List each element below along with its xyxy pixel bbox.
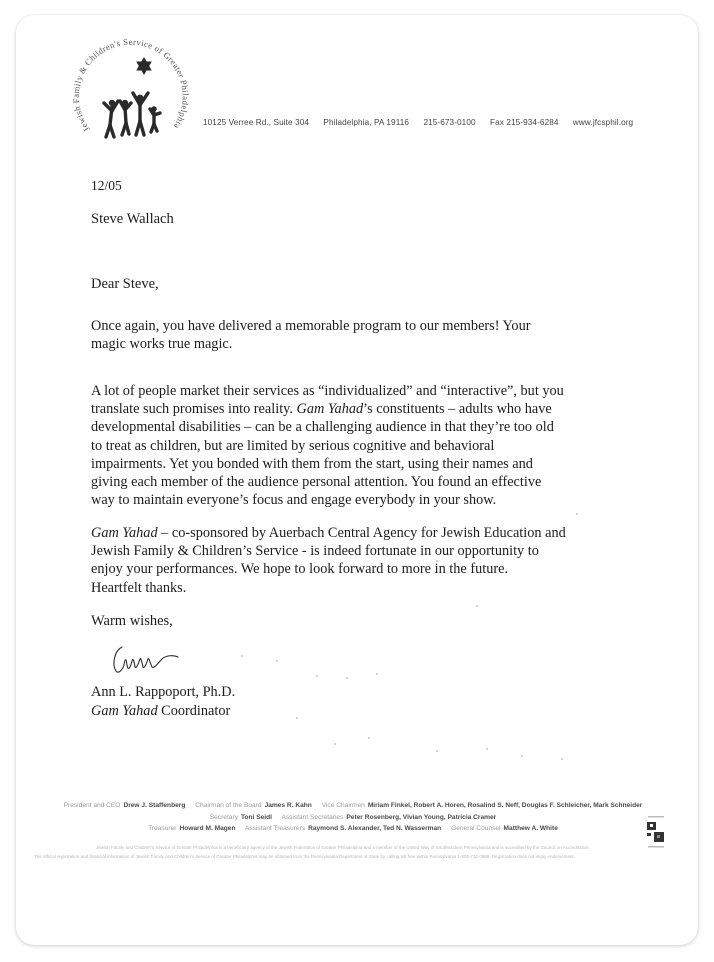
program-name: Gam Yahad [297, 401, 364, 417]
logo-ring-text: Jewish Family & Children's Service of Gr… [71, 37, 191, 134]
letterhead-address: 10125 Verree Rd., Suite 304 [203, 118, 309, 127]
letter-page: Jewish Family & Children's Service of Gr… [16, 15, 698, 945]
letterhead-city: Philadelphia, PA 19116 [323, 118, 409, 127]
signature-icon [108, 643, 198, 677]
letterhead-fax: Fax 215-934-6284 [490, 118, 559, 127]
signer-title: Gam Yahad Coordinator [91, 703, 230, 720]
paragraph-line: translate such promises into reality. Ga… [91, 400, 651, 418]
letter-salutation: Dear Steve, [91, 276, 159, 293]
paragraph-line: Once again, you have delivered a memorab… [91, 317, 651, 335]
footer-fineprint: Jewish Family and Children's Service of … [96, 845, 656, 850]
signer-name: Ann L. Rappoport, Ph.D. [91, 684, 235, 701]
paragraph-line: enjoy your performances. We hope to look… [91, 560, 651, 578]
paragraph-line: Gam Yahad – co-sponsored by Auerbach Cen… [91, 524, 651, 542]
footer-row: SecretaryToni Seidl Assistant Secretarie… [16, 812, 698, 824]
letter-date: 12/05 [91, 178, 122, 194]
footer-fineprint: The official registration and financial … [34, 854, 654, 859]
letter-closing: Warm wishes, [91, 613, 173, 630]
paragraph-line: way to maintain everyone’s focus and eng… [91, 491, 651, 509]
footer-row: TreasurerHoward M. Magen Assistant Treas… [16, 823, 698, 835]
paragraph-line: Heartfelt thanks. [91, 579, 651, 597]
accreditation-seal-icon [644, 812, 668, 852]
letterhead-contact: 10125 Verree Rd., Suite 304 Philadelphia… [203, 118, 633, 127]
organization-logo: Jewish Family & Children's Service of Gr… [60, 21, 200, 161]
program-name: Gam Yahad [91, 525, 158, 541]
paragraph-line: giving each member of the audience perso… [91, 473, 651, 491]
svg-text:Jewish Family & Children's Ser: Jewish Family & Children's Service of Gr… [71, 37, 191, 134]
footer-row: President and CEODrew J. Staffenberg Cha… [16, 800, 698, 812]
paragraph-line: Jewish Family & Children’s Service - is … [91, 542, 651, 560]
paragraph-line: impairments. Yet you bonded with them fr… [91, 455, 651, 473]
paragraph-2: A lot of people market their services as… [91, 382, 651, 509]
letterhead-website: www.jfcsphil.org [573, 118, 633, 127]
program-name: Gam Yahad [91, 703, 158, 719]
paragraph-line: to treat as children, but are limited by… [91, 437, 651, 455]
handwritten-signature [108, 643, 198, 677]
paragraph-line: developmental disabilities – can be a ch… [91, 418, 651, 436]
paragraph-line: A lot of people market their services as… [91, 382, 651, 400]
paragraph-3: Gam Yahad – co-sponsored by Auerbach Cen… [91, 524, 651, 597]
jfcs-logo-icon: Jewish Family & Children's Service of Gr… [60, 21, 200, 161]
accreditation-badge [644, 812, 668, 852]
board-of-directors-footer: President and CEODrew J. Staffenberg Cha… [16, 800, 698, 835]
letter-recipient: Steve Wallach [91, 211, 174, 228]
paragraph-line: magic works true magic. [91, 335, 651, 353]
paragraph-1: Once again, you have delivered a memorab… [91, 317, 651, 353]
letterhead-phone: 215-673-0100 [423, 118, 475, 127]
